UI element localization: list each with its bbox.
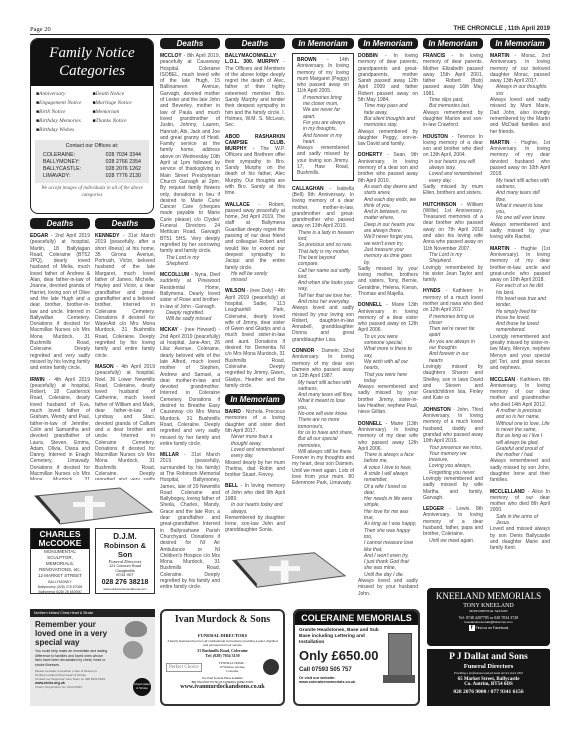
notice-signoff: Always loved and sadly missed by your lo…	[292, 305, 354, 343]
notice-name: MCCOLLUM	[160, 272, 189, 278]
notice-name: BAIRD	[225, 409, 241, 415]
notice: ABOD RASHARKIN CAMPSIE CLUB. MURPHY - Th…	[225, 134, 285, 197]
verse-line: And when she looks your way,	[292, 280, 354, 293]
section-heading: Deaths	[30, 218, 90, 229]
verse-line: In our hearts you will always stay.	[423, 159, 483, 172]
verse-line: I cannot measure love like that,	[358, 540, 418, 553]
verse-line: If memories bring us closer	[423, 314, 483, 327]
crest-icon	[263, 659, 279, 675]
memoriam-column-7: In MemoriamFRANCIS - In loving memory of…	[423, 38, 483, 586]
notice-name: MARTIN	[490, 140, 509, 146]
masthead: THE CHRONICLE , 11th April 2019	[454, 26, 550, 32]
category-item: Memoriam	[93, 108, 150, 117]
notice-text: - 4th April 2019 (peacefully) at hospita…	[30, 377, 90, 480]
bible-icon	[30, 486, 155, 526]
notice-name: MILLAR	[160, 452, 179, 458]
notice: BAIRD - Nichola. Precious memories of a …	[225, 409, 285, 478]
verse-line: As long as I was happy,	[358, 521, 418, 527]
notice-name: HOUSTON	[423, 134, 448, 140]
verse-line: I just thank God that she was mine,	[358, 559, 418, 572]
verse-line: And in between, no matter where,	[358, 209, 418, 222]
heart-icon	[123, 641, 143, 659]
notice-name: BROWN	[297, 57, 316, 63]
section-heading: In Memoriam	[225, 394, 285, 405]
deaths-column-3: DeathsMCCLOY - 8th April 2019, peacefull…	[160, 38, 220, 606]
verse-line: There are no more tomorrow's,	[292, 417, 354, 430]
notice: MASON - 4th April 2019 (peacefully) at h…	[95, 364, 155, 480]
notice-text: - Hughie (1st Anniversary). In loving me…	[490, 246, 550, 283]
category-list: Anniversary Death Notice Engagement Noti…	[31, 86, 153, 137]
verse-line: Never more than a thought away.	[225, 434, 285, 447]
memoriam-column-5: In MemoriamBROWN - 14th Anniversary. In …	[292, 38, 354, 568]
notice-text: - The W.P. Officers and Brethren offer t…	[225, 146, 285, 196]
notice-name: FRANCIS	[423, 53, 445, 59]
family-notice-categories: Family Notice Categories Anniversary Dea…	[30, 38, 154, 214]
verse-line: That lady is my mother,	[292, 249, 354, 255]
verse-line: Until we meet again.	[423, 538, 483, 544]
kneeland-memorials-ad: KNEELAND MEMORIALS TONY KNEELAND MONUMEN…	[427, 588, 550, 646]
section-heading: In Memoriam	[292, 38, 354, 49]
verse-line: We'll never forget you, we won't even tr…	[358, 234, 418, 247]
verse-line: Then we're never far apart	[423, 326, 483, 339]
verse-line: My heart still aches with sadness,	[292, 380, 354, 393]
category-item: Engagement Notice	[36, 99, 93, 108]
verse-line: For each of us he did his best,	[490, 283, 550, 296]
verse-line: missed	[225, 277, 285, 283]
office-contacts: Contact our Offices at: COLERAINE:028 70…	[35, 140, 149, 183]
notice-name: BELL	[225, 483, 238, 489]
notice: EDGAR - 2nd April 2019 (peacefully) at h…	[30, 233, 90, 372]
office-row: BALLYCASTLE:028 2076 1262	[43, 166, 141, 173]
notice-signoff: Always remembered by daughter Marion and…	[423, 110, 483, 129]
verse-line: What it meant to lose you,	[490, 203, 550, 216]
notice-signoff: Always remembered by daughter Peggy, son…	[358, 129, 418, 148]
notice: HUTCHINSON - William (Willie). 1st Anniv…	[423, 202, 483, 284]
verse-line: Your presence we miss,	[423, 445, 483, 451]
verse-line: As each day dawns and starts anew,	[358, 184, 418, 197]
notice-name: DONNELL	[358, 421, 382, 427]
verse-line: And each day ends, we think of you,	[358, 197, 418, 210]
verse-line: So precious and so rare.	[292, 242, 354, 248]
notice-name: JOHNSTON	[423, 407, 451, 413]
verse-line: His heart was true and tender,	[490, 296, 550, 309]
notice-name: MCCLOY	[160, 53, 182, 59]
deaths-column-2: DeathsKENNEDY - 31st March 2019 (peacefu…	[95, 218, 155, 480]
notice: MCCOLLUM - Nyna. Died suddenly at Pinewo…	[160, 272, 220, 322]
notice-text: - (nee Daly) - 4th April 2019 (peacefull…	[225, 288, 285, 388]
office-row: LIMAVADY:028 7776 2130	[43, 173, 141, 180]
notice-signoff: Sadly missed by mum Ellen, brothers and …	[423, 184, 483, 197]
chest-heart-stroke-ad: Northern Ireland Chest Heart & Stroke Re…	[30, 609, 155, 706]
notice: JOHNSTON - John. Third Anniversary. In l…	[423, 407, 483, 501]
verse-line: Grateful and proud of the mother I had.	[490, 446, 550, 459]
verse-line: Deep in our hearts you are always there.	[358, 222, 418, 235]
category-item: Birthday Memories	[36, 117, 93, 126]
notice: BROWN - 14th Anniversary. In loving memo…	[292, 53, 354, 181]
notice-signoff: Always remembered and sadly missed by so…	[490, 458, 550, 483]
notice: LEDGER - Lewis. 8th Anniversary. In lovi…	[423, 506, 483, 544]
office-row: BALLYMONEY:028 2766 2354	[43, 159, 141, 166]
notice-name: HUTCHINSON	[423, 202, 456, 208]
verse-line: Shepherd.	[160, 261, 220, 267]
verse-line: Your memory we treasure,	[423, 451, 483, 464]
verse-line: Her love for me was true,	[358, 509, 418, 522]
page-number: Page 20	[30, 26, 51, 33]
heart-icon	[125, 621, 147, 637]
notice-text: - (nee Howard) - 2nd April 2019 (peacefu…	[160, 327, 220, 446]
verse-line: There is a lady in heaven lord,	[292, 230, 354, 243]
verse-line: Then she was happy too,	[358, 528, 418, 541]
notice-name: MARTIN	[490, 53, 509, 59]
notice-name: KENNEDY	[95, 233, 119, 239]
notice-signoff: Sadly missed by your loving mother, brot…	[358, 266, 418, 297]
verse-line: My heart still aches with sadness,	[490, 178, 550, 191]
section-heading: Deaths	[225, 38, 285, 49]
category-item: Death Notice	[93, 90, 150, 99]
notice-signoff: Always remembered and sadly missed by yo…	[358, 384, 418, 415]
notice-signoff: Forever in my thoughts and my heart, dea…	[292, 455, 354, 486]
verse-line: And forever in my heart.	[297, 133, 349, 146]
notice-text: - The Officers and Members of the above …	[225, 59, 285, 128]
verse-line: Always in our thoughts. xxx	[490, 84, 550, 97]
verse-line: Call her name out softly lord,	[292, 268, 354, 281]
deaths-column-1: DeathsEDGAR - 2nd April 2019 (peacefully…	[30, 218, 90, 480]
verse-line: If memories bring me closer mum,	[297, 95, 349, 108]
perfect-choice-logo: Perfect Choice	[166, 663, 202, 672]
dallat-ad: P J Dallat and Sons Funeral Directors Pr…	[427, 649, 550, 706]
category-item: Birth Notice	[36, 108, 93, 117]
notice-name: DOHERTY	[358, 152, 382, 158]
bible-icon	[228, 550, 348, 590]
verse-line: For you are always in my thoughts,	[297, 120, 349, 133]
notice: MCCLEAN - Kathleen. 8th Anniversary. In …	[490, 377, 550, 484]
verse-line: But silent thoughts and memories stay.	[358, 116, 418, 129]
notice-name: MARTIN	[490, 246, 509, 252]
verse-line: And many tears still flow,	[490, 190, 550, 203]
headstone-base	[383, 675, 415, 683]
notice-text: - 14th Anniversary. In loving memory of …	[297, 57, 349, 94]
notice-name: LEDGER	[423, 506, 444, 512]
notice: BALLYMACONNELLY L.O.L. 300. MURPHY - The…	[225, 53, 285, 129]
verse-line: There is always a face before me,	[358, 452, 418, 465]
notice: KENNEDY - 31st March 2019 (peacefully, a…	[95, 233, 155, 359]
notice-text: - 2nd April 2019 (peacefully) at hospita…	[30, 233, 90, 371]
notice-text: - 8th April 2019, peacefully at Causeway…	[160, 53, 220, 254]
verse-line: As you are always in our thoughts	[423, 339, 483, 352]
notice-signoff: Lovingly missed by daughters Sharon and …	[423, 364, 483, 402]
notice-name: IRWIN	[30, 377, 45, 383]
notice-signoff: Lovingly remembered and greatly missed b…	[490, 334, 550, 372]
verse-line: Just treasure your memory as time goes b…	[358, 247, 418, 266]
notice-signoff: Loved and missed always by son Denis Bal…	[490, 526, 550, 551]
notice: DONNELL - Marie (13th Anniversary). In l…	[358, 421, 418, 597]
section-heading: Deaths	[160, 38, 220, 49]
notice-signoff: Lovingly remembered and sadly missed by …	[423, 476, 483, 501]
categories-title: Family Notice Categories	[31, 39, 153, 86]
notice-name: MCCLELLAND	[490, 489, 525, 495]
notice-name: WALLACE	[225, 202, 250, 208]
verse-line: The Lord is my Shepherd.	[423, 252, 483, 265]
notice-text: - 31st March 2019 (peacefully, surrounde…	[160, 452, 220, 590]
section-heading: In Memoriam	[423, 38, 483, 49]
coleraine-memorials-ad: COLERAINE MEMORIALS Granite Headstones, …	[293, 609, 420, 706]
verse-line: Of a wife I loved so dear,	[358, 484, 418, 497]
notice-name: DOBBIN	[358, 53, 378, 59]
memoriam-column-8: In MemoriamMARTIN - Morac, 2nd Anniversa…	[490, 38, 550, 586]
memoriam-column-6: In MemoriamDOBBIN - In loving memory of …	[358, 38, 418, 606]
verse-line: Time may pass and fade away,	[358, 103, 418, 116]
notice-name: WILSON	[225, 288, 245, 294]
facebook-icon: f	[469, 625, 475, 631]
category-item: Thanks Notice	[93, 117, 150, 126]
notice-signoff: Always remembered and sadly missed by yo…	[490, 222, 550, 241]
notice-text: - In loving memory of dear parents, gran…	[358, 53, 418, 103]
office-row: COLERAINE:028 7034 3344	[43, 152, 141, 159]
verse-line: Her needs in life were simple,	[358, 496, 418, 509]
verse-line: Will be sadly missed	[160, 316, 220, 322]
verse-line: That you were here today	[358, 372, 418, 385]
verse-line: No one will ever know.	[490, 215, 550, 221]
notice-text: - 31st March 2019 (peacefully, after a s…	[95, 233, 155, 359]
notice-signoff: Always remembered and sadly missed by yo…	[297, 145, 349, 176]
notice: FRANCIS - In loving memory of dear paren…	[423, 53, 483, 129]
notice: BELL - In loving memory of John who died…	[225, 483, 285, 533]
notice-name: BALLYMACONNELLY L.O.L. 300. MURPHY	[225, 53, 279, 65]
mccooke-ad: CHARLES McCOOKE MONUMENTAL SCULPTOR, MEM…	[30, 528, 90, 594]
verse-line: Safe in the arms of Jesus.	[490, 514, 550, 527]
notice-name: MASON	[95, 364, 114, 370]
notice-name: EDGAR	[30, 233, 48, 239]
verse-line: And forever in our hearts	[423, 351, 483, 364]
notice-signoff: Always loved and sadly missed by your hu…	[358, 578, 418, 597]
verse-line: We wish with all our hearts,	[358, 359, 418, 372]
notice: DOBBIN - In loving memory of dear parent…	[358, 53, 418, 147]
notice: DOHERTY - Sean. 9th Anniversary. In lovi…	[358, 152, 418, 297]
notice-signoff: Always loved and sadly missed by Mum Mar…	[490, 97, 550, 135]
notice: IRWIN - 4th April 2019 (peacefully) at h…	[30, 377, 90, 480]
notice-name: DONNELL	[358, 302, 382, 308]
verse-line: The best beyond compare.	[292, 255, 354, 268]
verse-line: Loved and remembered every day.	[423, 171, 483, 184]
verse-line: But as long as I live I will always be g…	[490, 433, 550, 446]
verse-line: Without one to love, Life is never the s…	[490, 421, 550, 434]
notice: MCCLOY - 8th April 2019, peacefully at C…	[160, 53, 220, 267]
deaths-column-4: DeathsBALLYMACONNELLY L.O.L. 300. MURPHY…	[225, 38, 285, 548]
notice-text: - Hughie, 1st Anniversary. In loving mem…	[490, 140, 550, 177]
notice-signoff: Missed dearly by her mum Thelma, dad Rob…	[225, 460, 285, 479]
verse-line: A smile I will always remember,	[358, 471, 418, 484]
notice: MILLAR - 31st March 2019 (peacefully, su…	[160, 452, 220, 591]
notice-name: CALLAGHAN	[292, 186, 324, 192]
category-item: Birthday Wishes	[36, 126, 93, 135]
notice: WILSON - (nee Daly) - 4th April 2019 (pe…	[225, 288, 285, 389]
notice-text: - In loving memory of dear parents. Moth…	[423, 53, 483, 97]
notice: CALLAGHAN - Isabella (Bell) 9th Annivers…	[292, 186, 354, 343]
notice: DONNELL - Marie 13th Anniversary in lovi…	[358, 302, 418, 415]
notice: HYNDS - Kathleen: In memory of a much lo…	[423, 288, 483, 401]
verse-line: To us you were someone special,	[358, 334, 418, 347]
notice: MCKAY - (nee Howard) - 2nd April 2019 (p…	[160, 327, 220, 447]
ivan-murdock-ad: Ivan Murdock & Sons FUNERAL DIRECTORS A …	[160, 609, 285, 706]
category-item: Marriage Notice	[93, 99, 150, 108]
notice: MARTIN - Hughie (1st Anniversary). In lo…	[490, 246, 550, 372]
notice: MARTIN - Hughie, 1st Anniversary. In lov…	[490, 140, 550, 241]
notice: HOUSTON - Terence In loving memory of a …	[423, 134, 483, 197]
notice-text: - Nyna. Died suddenly at Pinewood Reside…	[160, 272, 220, 309]
robinson-ad: D.J.M. Robinson & Son Funeral Directors …	[95, 528, 155, 594]
notice-name: MCKAY	[160, 327, 178, 333]
verse-line: We are never far apart.	[297, 107, 349, 120]
notice: MARTIN - Morac, 2nd Anniversary. In lovi…	[490, 53, 550, 135]
verse-line: And those he loved remembered.	[490, 321, 550, 334]
notice-signoff: Remembered by daughter Irene, son-law Jo…	[225, 515, 285, 534]
notice-text: - Isabella (Bell) 9th Anniversary. In lo…	[292, 186, 354, 230]
verse-line: A mother is precious and so is her name,	[490, 408, 550, 421]
verse-line: What it meant to lose you,	[292, 398, 354, 411]
notice-text: - John. Third Anniversary. In loving mem…	[423, 407, 483, 444]
headstone-icon	[388, 633, 412, 677]
notice-name: MCCLEAN	[490, 377, 515, 383]
notice-text: - Robert, passed away peacefully at home…	[225, 202, 285, 271]
notice-signoff: Lovingly remembered by his sister Jean T…	[423, 265, 483, 284]
notice: WALLACE - Robert, passed away peacefully…	[225, 202, 285, 284]
murdock-website[interactable]: www.ivanmurdockandsons.co.uk	[162, 684, 283, 690]
category-item: Anniversary	[36, 90, 93, 99]
section-heading: In Memoriam	[490, 38, 550, 49]
header-rule	[30, 34, 550, 35]
notice: CONNOR - Damein. 32nd Anniversary. In lo…	[292, 348, 354, 487]
images-note: We accept images of individuals in all o…	[31, 185, 153, 200]
notice-text: - 4th April 2019 (peacefully) at hospita…	[95, 364, 155, 480]
chs-badge: Chest Heart & Stroke	[133, 678, 151, 696]
notice-text: - William (Willie). 1st Anniversary. Tre…	[423, 202, 483, 252]
section-heading: In Memoriam	[358, 38, 418, 49]
notice-name: CONNOR	[292, 348, 314, 354]
notice: MCCLELLAND - Alice In memory of our dear…	[490, 489, 550, 552]
verse-line: But all our special memories,	[292, 436, 354, 449]
section-heading: Deaths	[95, 218, 155, 229]
notice-name: HYNDS	[423, 288, 441, 294]
verse-line: What more is there to say,	[358, 346, 418, 359]
verse-line: He simply lived for those he loved,	[490, 309, 550, 322]
verse-line: Loved and remembered every day.	[225, 447, 285, 460]
verse-line: In our hearts today and always.	[225, 502, 285, 515]
